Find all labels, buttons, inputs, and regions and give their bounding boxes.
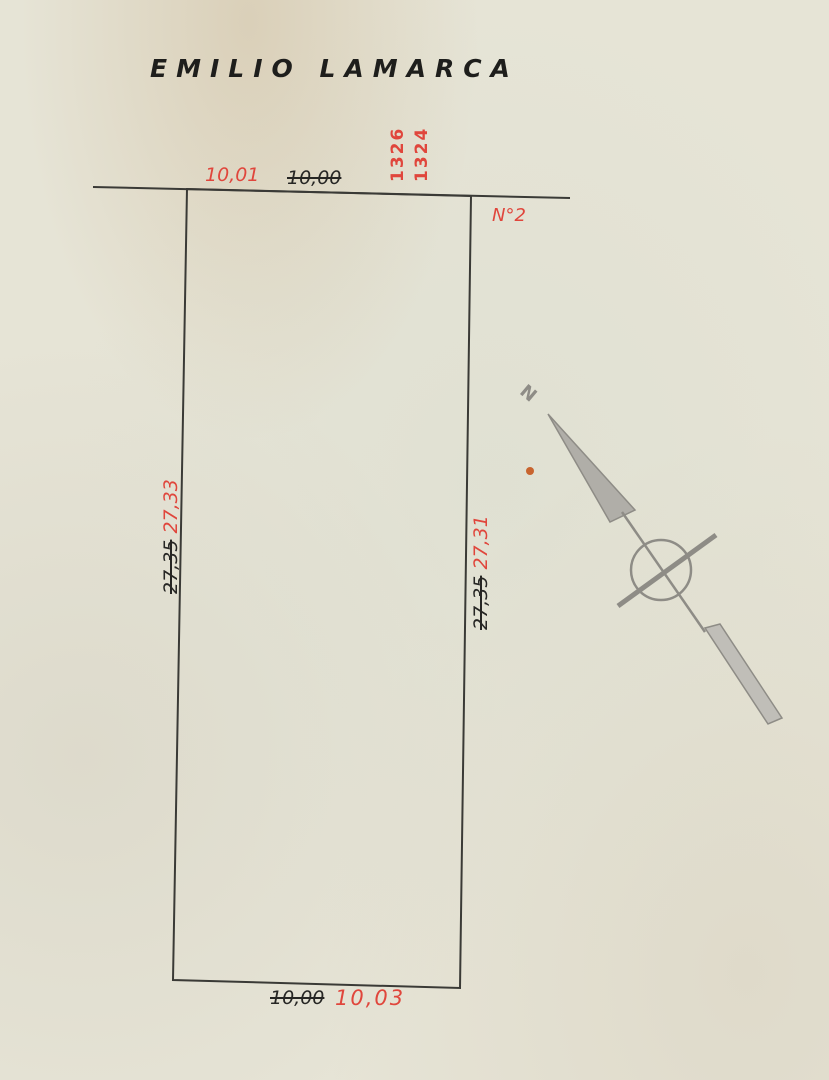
parcel-boundary: [173, 189, 471, 988]
right-dimension: 27,35 27,31: [470, 515, 492, 630]
ink-spot: [526, 467, 534, 475]
top-dimension-original: 10,00: [287, 167, 341, 189]
lot-number-2: 1324: [410, 127, 434, 182]
lot-numbers: 1326 1324: [386, 127, 434, 182]
bottom-dimension-original: 10,00: [270, 987, 324, 1009]
bottom-dimension-corrected: 10,03: [335, 986, 405, 1010]
left-dimension-corrected: 27,33: [160, 479, 182, 533]
right-dimension-original: 27,35: [470, 576, 492, 630]
right-dimension-corrected: 27,31: [470, 515, 492, 569]
svg-text:N: N: [516, 381, 541, 407]
top-dimension-corrected: 10,01: [205, 164, 259, 186]
lot-number-1: 1326: [386, 127, 410, 182]
left-dimension: 27,35 27,33: [160, 479, 182, 594]
parcel-number-label: N°2: [492, 205, 526, 226]
north-arrow-icon: N: [516, 381, 782, 724]
left-dimension-original: 27,35: [160, 540, 182, 594]
